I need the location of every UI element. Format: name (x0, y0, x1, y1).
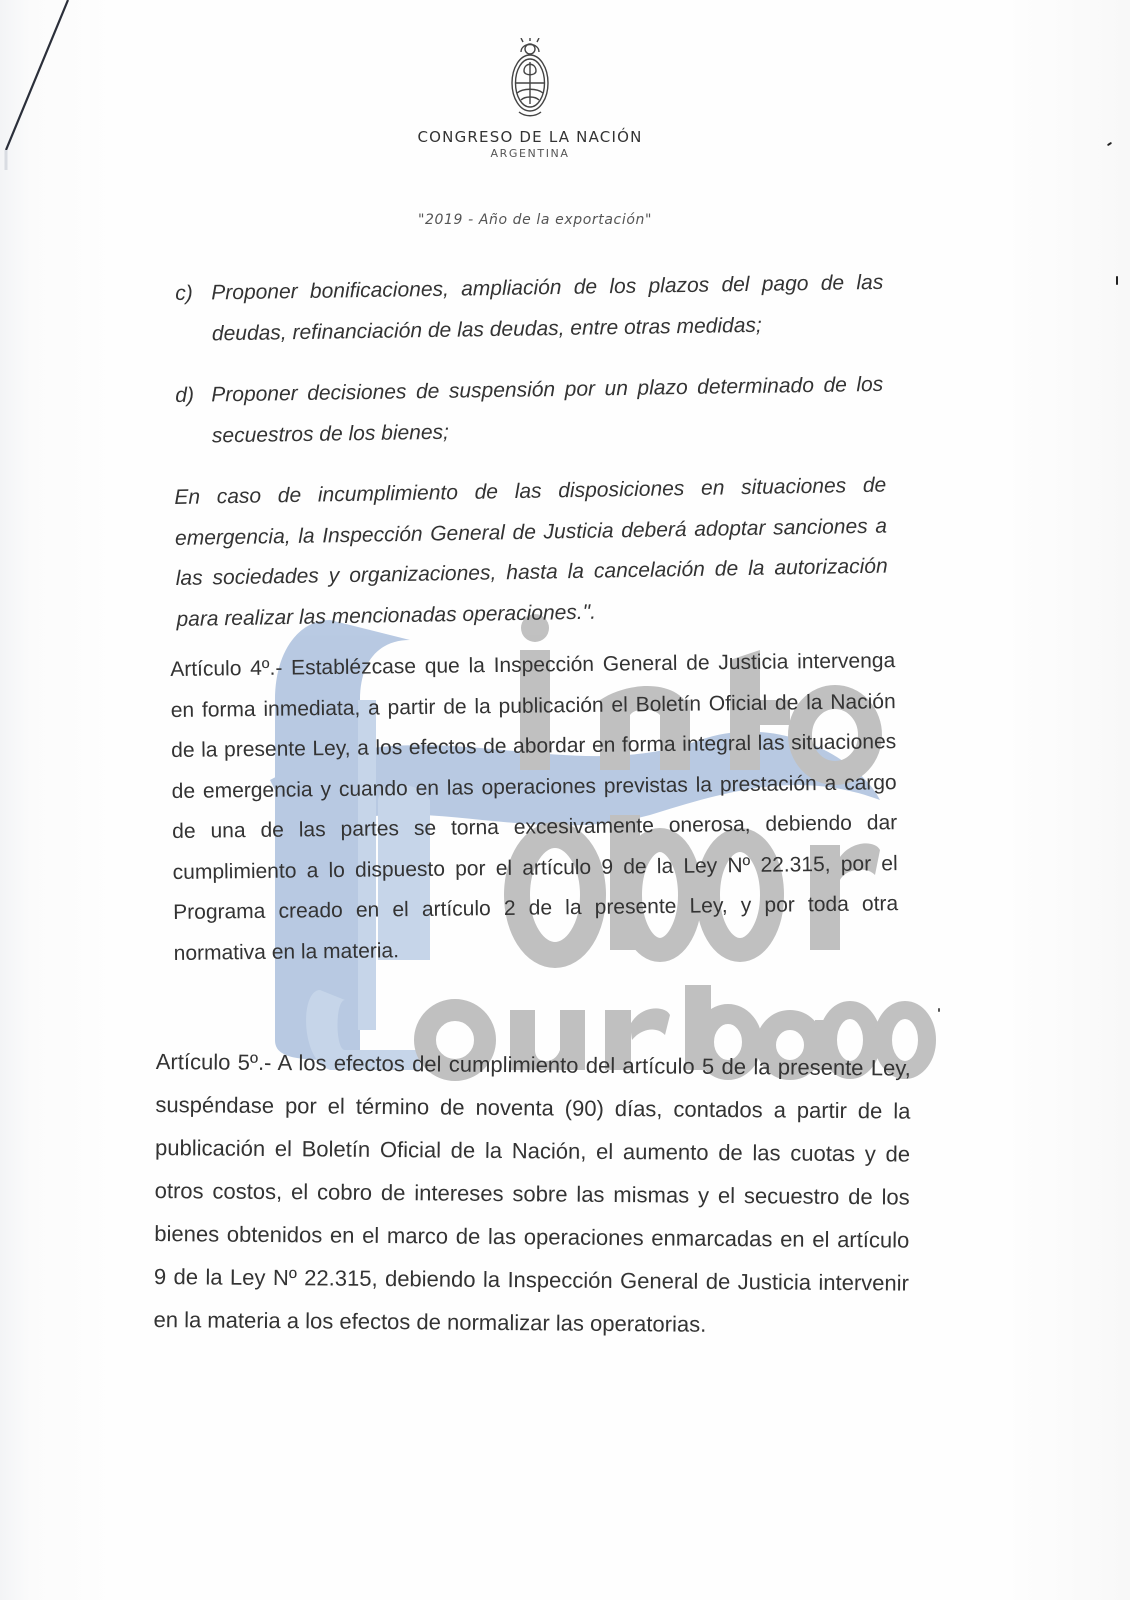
scan-speck (1116, 276, 1118, 285)
article-5: Artículo 5º.- A los efectos del cumplimi… (153, 1040, 911, 1348)
institution-country: ARGENTINA (380, 147, 680, 160)
list-item-marker: d) (175, 376, 194, 417)
scan-edge-line (0, 0, 90, 170)
list-item-marker: c) (175, 274, 193, 315)
scan-speck (1107, 142, 1112, 147)
list-item-text: Proponer decisiones de suspensión por un… (211, 365, 884, 457)
scan-speck (938, 1008, 940, 1012)
closing-paragraph: En caso de incumplimiento de las disposi… (174, 466, 889, 640)
list-item-d: d) Proponer decisiones de suspensión por… (175, 365, 888, 458)
list-item-c: c) Proponer bonificaciones, ampliación d… (175, 263, 888, 356)
document-header: CONGRESO DE LA NACIÓN ARGENTINA (380, 38, 680, 160)
list-item-text: Proponer bonificaciones, ampliación de l… (211, 263, 884, 355)
argentina-coat-of-arms-icon (507, 38, 553, 120)
document-page: CONGRESO DE LA NACIÓN ARGENTINA "2019 - … (0, 0, 1130, 1600)
institution-name: CONGRESO DE LA NACIÓN (380, 128, 680, 146)
article-4: Artículo 4º.- Establézcase que la Inspec… (170, 641, 899, 974)
year-motto: "2019 - Año de la exportación" (380, 212, 690, 228)
